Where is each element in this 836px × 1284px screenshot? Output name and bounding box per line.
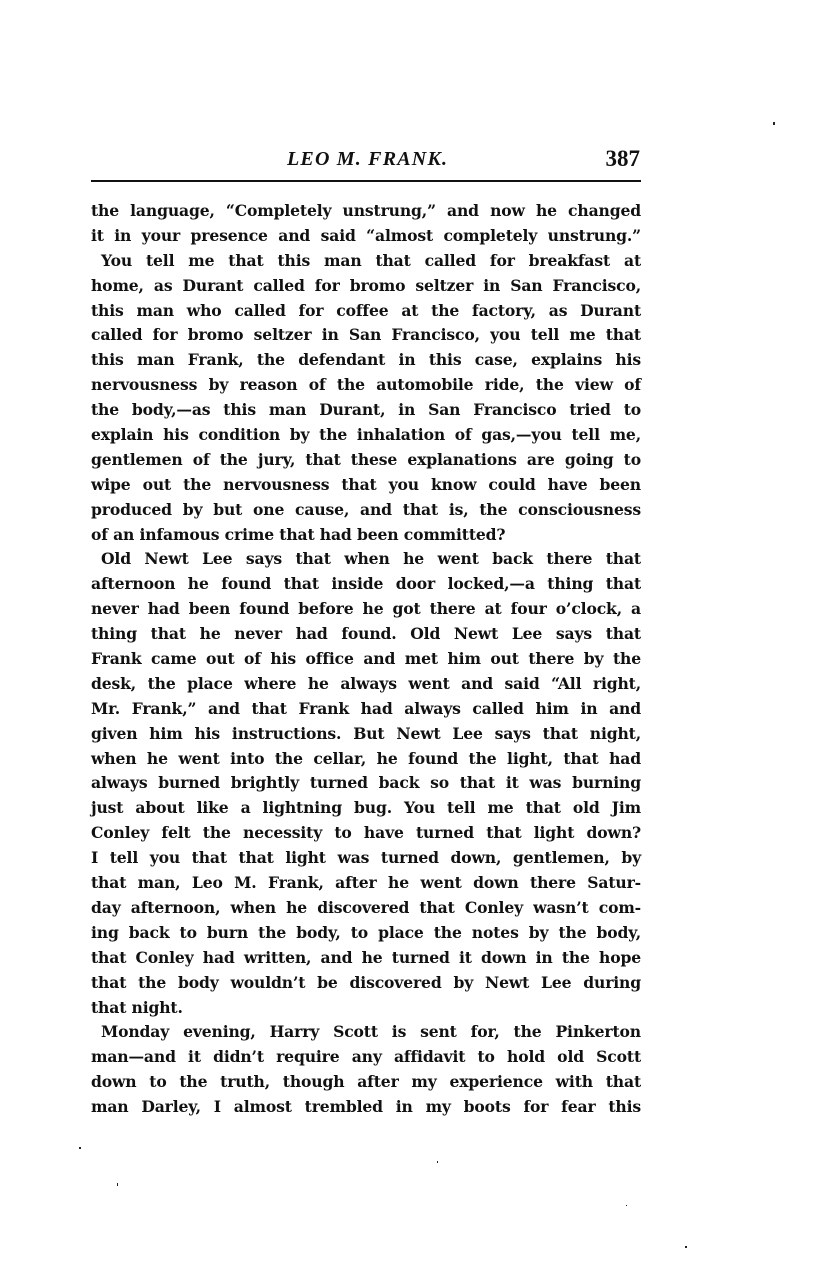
text-line: that the body wouldn’t be discovered by …: [91, 971, 641, 996]
text-line: I tell you that that light was turned do…: [91, 846, 641, 871]
text-line: thing that he never had found. Old Newt …: [91, 622, 641, 647]
text-line: You tell me that this man that called fo…: [91, 249, 641, 274]
header-rule: [91, 180, 641, 182]
text-line: that night.: [91, 996, 641, 1021]
text-line: afternoon he found that inside door lock…: [91, 572, 641, 597]
text-line: gentlemen of the jury, that these explan…: [91, 448, 641, 473]
scan-speck: [79, 1147, 81, 1149]
body-text: the language, “Completely unstrung,” and…: [91, 199, 641, 1120]
text-line: always burned brightly turned back so th…: [91, 771, 641, 796]
text-line: explain his condition by the inhalation …: [91, 423, 641, 448]
text-line: when he went into the cellar, he found t…: [91, 747, 641, 772]
text-line: never had been found before he got there…: [91, 597, 641, 622]
scan-speck: [685, 1246, 687, 1248]
text-line: man—and it didn’t require any affidavit …: [91, 1045, 641, 1070]
text-line: Monday evening, Harry Scott is sent for,…: [91, 1020, 641, 1045]
text-line: given him his instructions. But Newt Lee…: [91, 722, 641, 747]
text-line: of an infamous crime that had been commi…: [91, 523, 641, 548]
text-line: desk, the place where he always went and…: [91, 672, 641, 697]
text-line: Mr. Frank,” and that Frank had always ca…: [91, 697, 641, 722]
text-line: just about like a lightning bug. You tel…: [91, 796, 641, 821]
text-line: nervousness by reason of the automobile …: [91, 373, 641, 398]
page-number: 387: [606, 146, 641, 172]
text-line: produced by but one cause, and that is, …: [91, 498, 641, 523]
text-line: day afternoon, when he discovered that C…: [91, 896, 641, 921]
text-line: Frank came out of his office and met him…: [91, 647, 641, 672]
text-line: it in your presence and said “almost com…: [91, 224, 641, 249]
text-line: wipe out the nervousness that you know c…: [91, 473, 641, 498]
text-line: Old Newt Lee says that when he went back…: [91, 547, 641, 572]
running-title: LEO M. FRANK.: [287, 148, 448, 171]
scan-speck: [626, 1205, 627, 1206]
text-line: Conley felt the necessity to have turned…: [91, 821, 641, 846]
text-line: down to the truth, though after my exper…: [91, 1070, 641, 1095]
text-line: this man who called for coffee at the fa…: [91, 299, 641, 324]
text-line: this man Frank, the defendant in this ca…: [91, 348, 641, 373]
text-line: home, as Durant called for bromo seltzer…: [91, 274, 641, 299]
text-line: ing back to burn the body, to place the …: [91, 921, 641, 946]
text-line: man Darley, I almost trembled in my boot…: [91, 1095, 641, 1120]
scan-speck: [773, 122, 775, 125]
text-line: the language, “Completely unstrung,” and…: [91, 199, 641, 224]
scan-speck: [117, 1183, 118, 1186]
text-line: the body,—as this man Durant, in San Fra…: [91, 398, 641, 423]
text-line: that man, Leo M. Frank, after he went do…: [91, 871, 641, 896]
text-line: that Conley had written, and he turned i…: [91, 946, 641, 971]
running-head: LEO M. FRANK. 387: [91, 148, 641, 180]
text-line: called for bromo seltzer in San Francisc…: [91, 323, 641, 348]
scan-speck: [437, 1161, 438, 1163]
